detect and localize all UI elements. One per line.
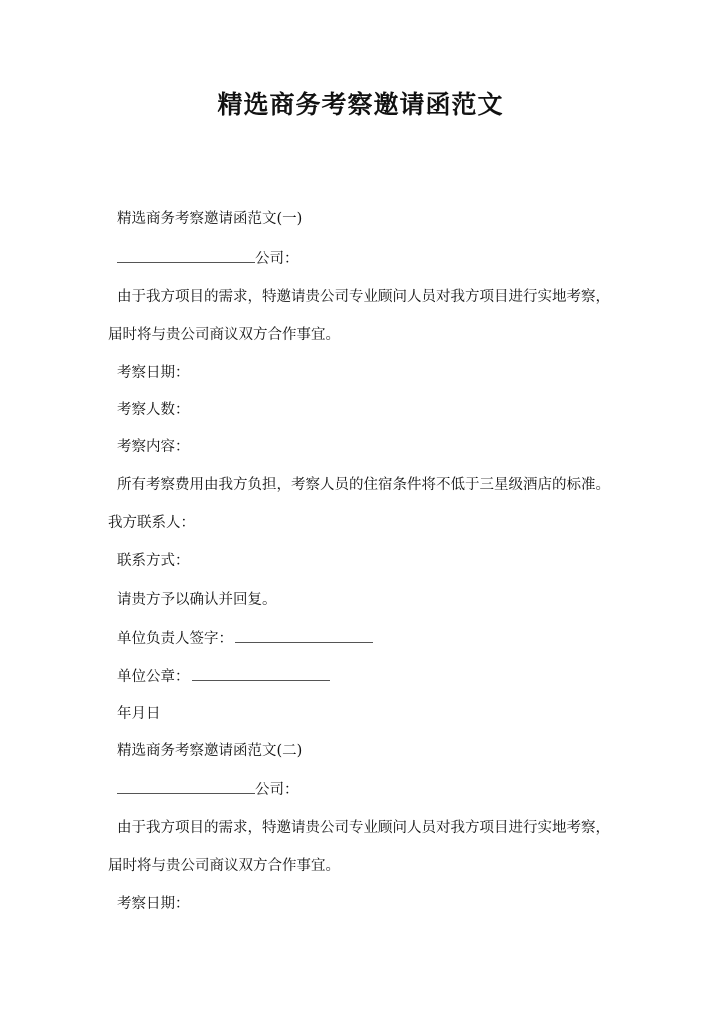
company-name-blank xyxy=(117,779,255,794)
section1-confirm-line: 请贵方予以确认并回复。 xyxy=(117,590,277,610)
section1-date-label: 考察日期： xyxy=(117,363,190,383)
section1-salutation: 公司： xyxy=(117,248,299,269)
section1-contact-method-label: 联系方式： xyxy=(117,551,190,571)
salutation-suffix: 公司： xyxy=(255,782,299,798)
seal-blank xyxy=(192,666,330,681)
section2-body-line2: 届时将与贵公司商议双方合作事宜。 xyxy=(108,856,340,876)
section2-date-label: 考察日期： xyxy=(117,894,190,914)
section1-body-line2: 届时将与贵公司商议双方合作事宜。 xyxy=(108,325,340,345)
document-title: 精选商务考察邀请函范文 xyxy=(0,87,721,123)
section2-heading: 精选商务考察邀请函范文(二) xyxy=(117,741,302,761)
section1-content-label: 考察内容： xyxy=(117,437,190,457)
section2-body-line1: 由于我方项目的需求，特邀请贵公司专业顾问人员对我方项目进行实地考察， xyxy=(117,818,610,838)
signature-label: 单位负责人签字： xyxy=(117,631,233,647)
section1-expense-line: 所有考察费用由我方负担，考察人员的住宿条件将不低于三星级酒店的标准。 xyxy=(117,475,610,495)
section1-heading: 精选商务考察邀请函范文(一) xyxy=(117,209,302,229)
seal-label: 单位公章： xyxy=(117,669,190,685)
salutation-suffix: 公司： xyxy=(255,251,299,267)
section1-signature-line: 单位负责人签字： xyxy=(117,628,373,649)
company-name-blank xyxy=(117,248,255,263)
section1-date-footer: 年月日 xyxy=(117,704,161,724)
section1-contact-person-label: 我方联系人： xyxy=(108,513,195,533)
section1-people-label: 考察人数： xyxy=(117,400,190,420)
section1-body-line1: 由于我方项目的需求，特邀请贵公司专业顾问人员对我方项目进行实地考察， xyxy=(117,287,610,307)
section1-seal-line: 单位公章： xyxy=(117,666,330,687)
section2-salutation: 公司： xyxy=(117,779,299,800)
signature-blank xyxy=(235,628,373,643)
